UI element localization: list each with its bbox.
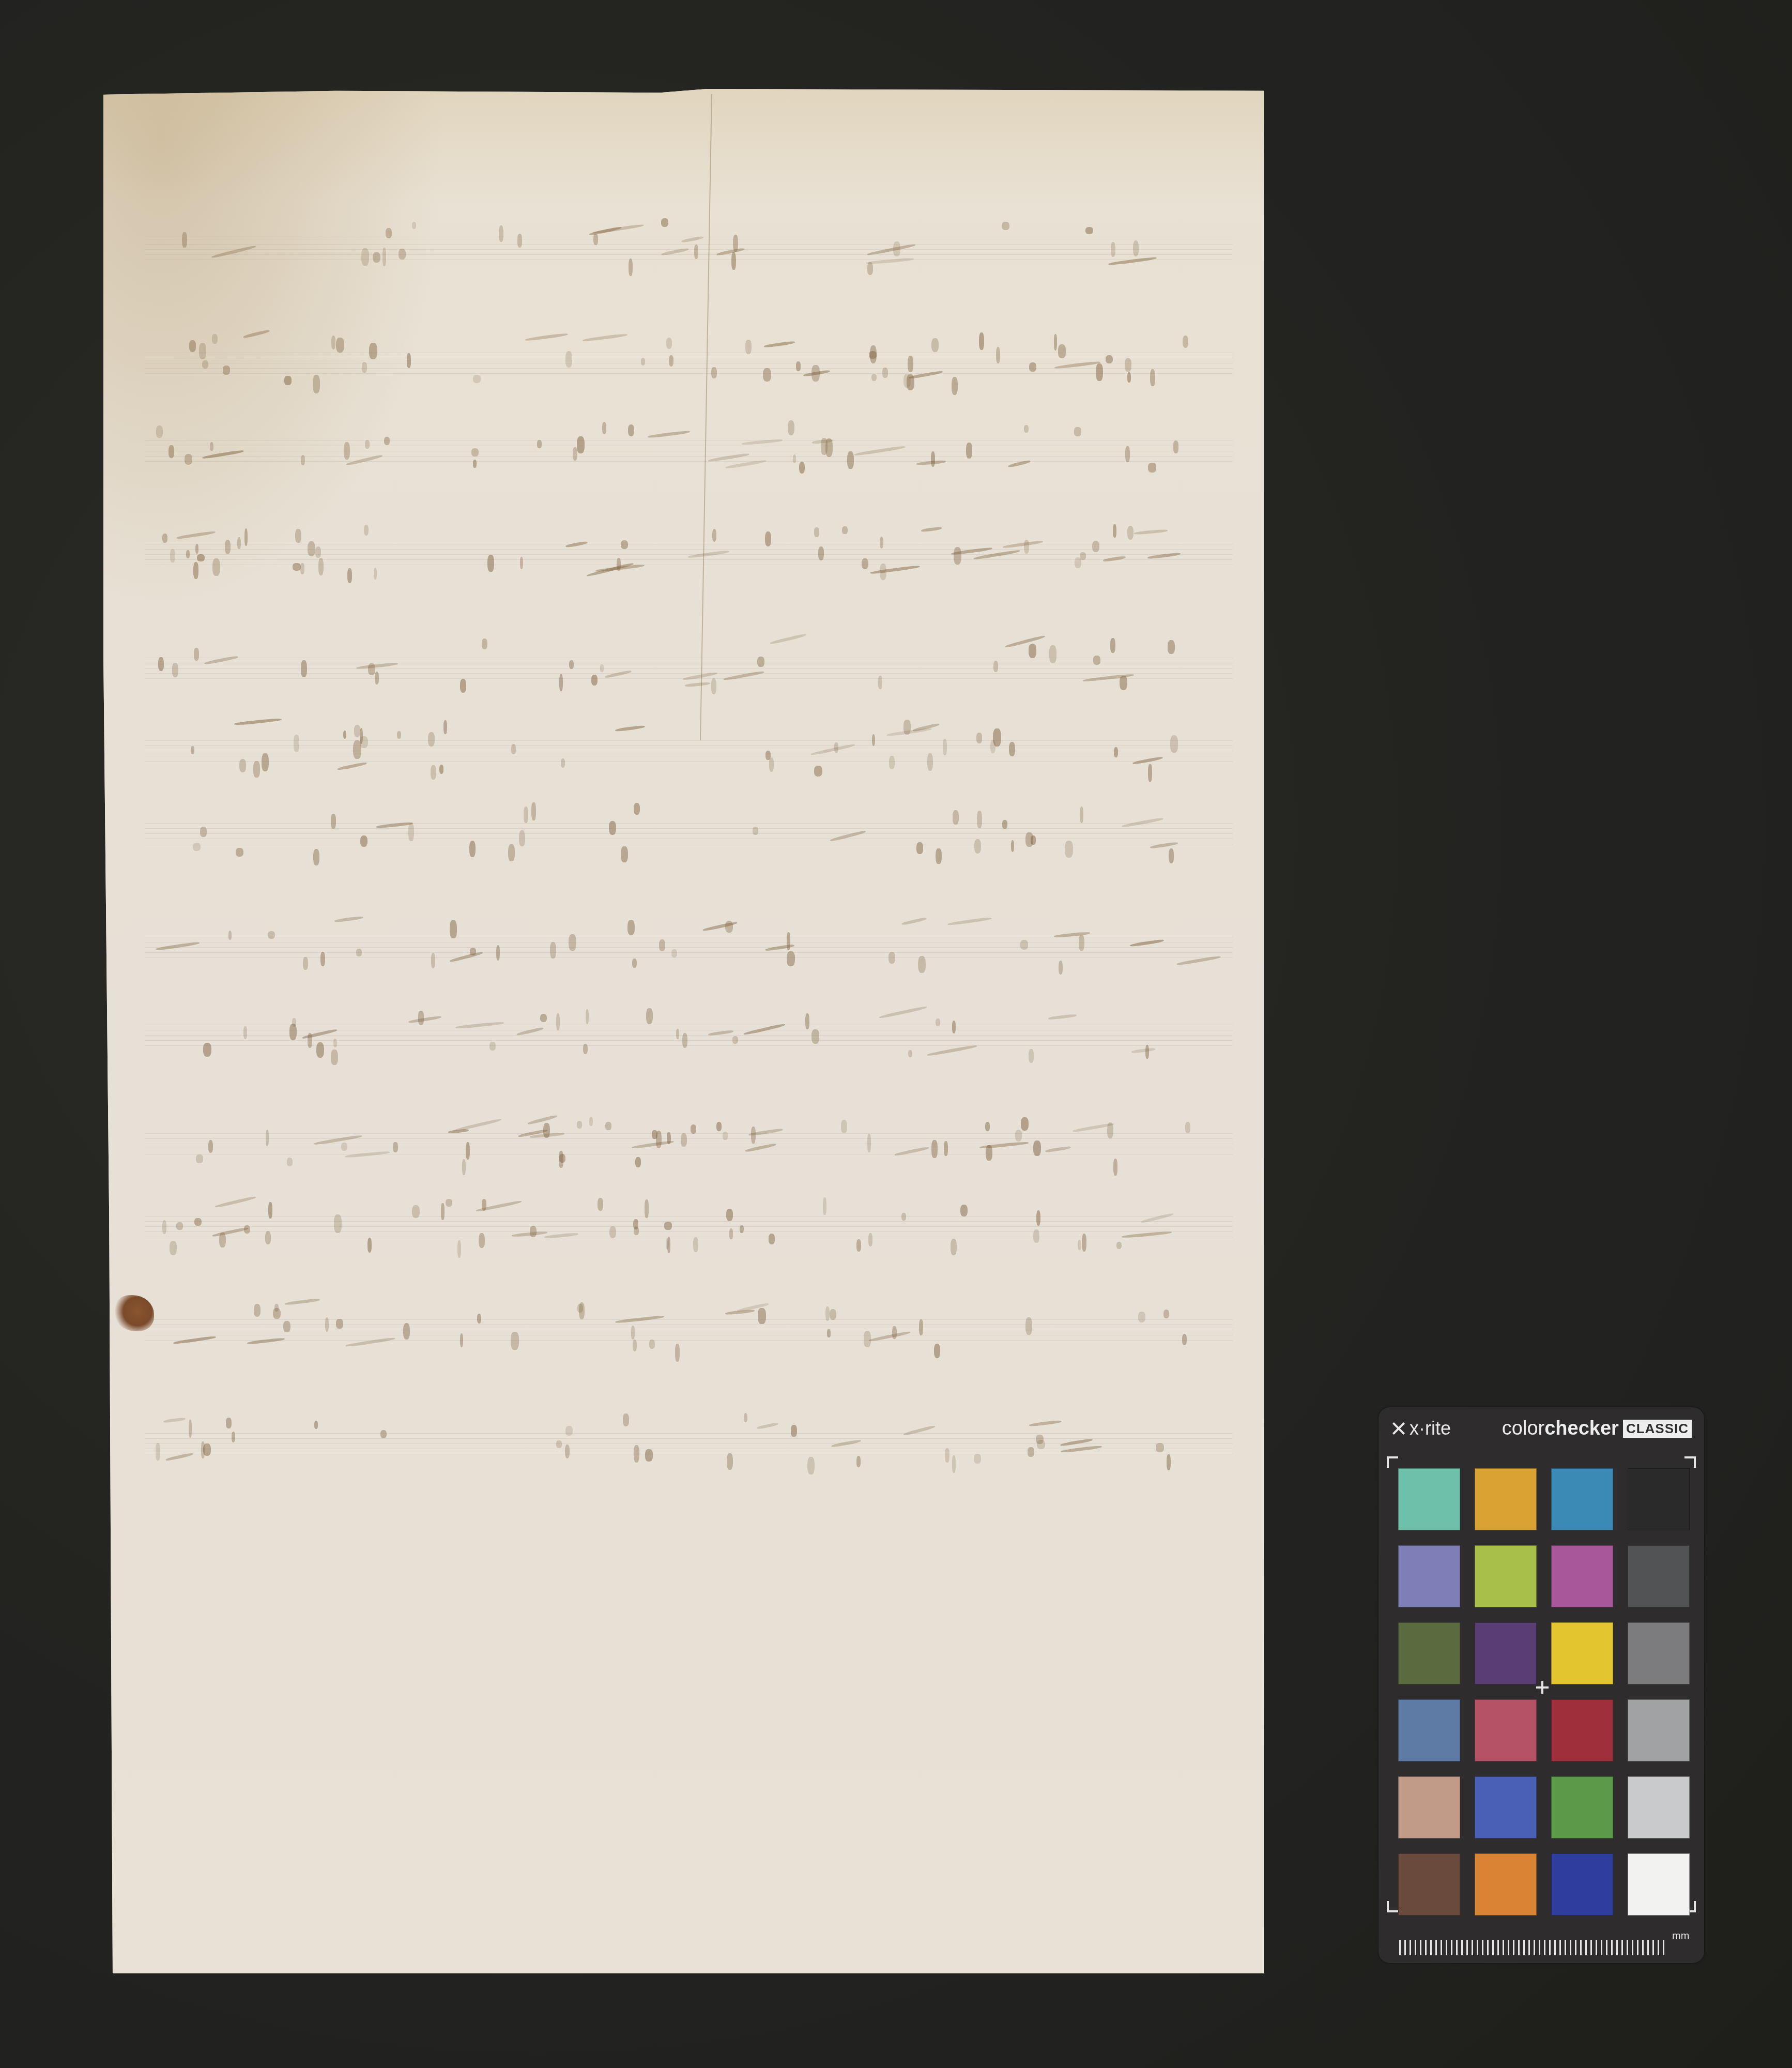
ink-mark <box>408 823 414 841</box>
ink-mark <box>450 920 456 938</box>
ink-mark <box>197 554 205 561</box>
ink-mark <box>664 1222 672 1230</box>
ink-mark <box>354 725 360 737</box>
ink-mark <box>1082 1234 1087 1252</box>
ink-mark <box>631 1326 634 1340</box>
ink-mark <box>412 222 417 229</box>
ink-mark <box>901 1213 906 1221</box>
ink-mark <box>641 358 645 366</box>
ink-mark <box>1150 842 1178 849</box>
ink-mark <box>841 1120 847 1133</box>
ink-mark <box>1009 742 1016 756</box>
ink-mark <box>830 830 866 842</box>
ink-mark <box>1011 840 1014 852</box>
ink-mark <box>212 558 220 576</box>
ink-mark <box>215 1196 256 1208</box>
ink-mark <box>254 1304 261 1317</box>
ink-mark <box>1058 344 1066 358</box>
staff-line <box>145 828 1233 829</box>
ink-mark <box>907 374 914 390</box>
ink-mark <box>266 1130 269 1146</box>
staff-line <box>145 451 1233 451</box>
ink-mark <box>919 1319 923 1335</box>
ink-mark <box>226 1418 231 1428</box>
ink-mark <box>479 1233 485 1248</box>
ink-mark <box>225 540 231 554</box>
ink-mark <box>301 455 305 465</box>
ink-mark <box>301 660 307 677</box>
ink-mark <box>656 1131 662 1148</box>
ink-mark <box>892 1326 897 1339</box>
ink-mark <box>162 534 167 543</box>
staff-line <box>145 756 1233 756</box>
ink-mark <box>556 1440 562 1448</box>
color-patch-neutral-5 <box>1628 1622 1690 1684</box>
ink-mark <box>945 1448 949 1462</box>
ink-mark <box>769 1234 775 1244</box>
manuscript-sheet <box>103 89 1264 1973</box>
ink-mark <box>393 1142 398 1152</box>
staff-line <box>145 942 1233 942</box>
ink-mark <box>878 676 882 689</box>
ink-mark <box>1183 336 1189 348</box>
ink-mark <box>954 547 962 565</box>
ink-mark <box>331 1050 338 1065</box>
ink-mark <box>918 956 926 974</box>
staff-line <box>145 1030 1233 1030</box>
ink-mark <box>729 1228 733 1239</box>
ink-mark <box>947 917 992 926</box>
staff-line <box>145 1237 1233 1237</box>
ink-mark <box>333 1039 338 1047</box>
ink-mark <box>842 526 848 534</box>
ink-mark <box>867 1134 871 1152</box>
ink-mark <box>156 1443 160 1460</box>
ink-mark <box>1060 1438 1092 1447</box>
ink-mark <box>331 336 335 349</box>
ink-mark <box>303 957 308 970</box>
ink-mark <box>1002 222 1009 230</box>
ink-mark <box>1163 1310 1170 1318</box>
ink-mark <box>862 558 868 569</box>
ink-mark <box>331 814 335 828</box>
ink-mark <box>856 1239 861 1251</box>
ink-mark <box>872 734 876 746</box>
ink-mark <box>827 1329 830 1337</box>
ink-mark <box>1075 557 1081 568</box>
ink-mark <box>397 731 401 739</box>
ink-mark <box>262 753 269 771</box>
ink-mark <box>1125 358 1131 372</box>
color-patch-yellow-green <box>1475 1545 1537 1607</box>
ink-mark <box>203 1043 211 1057</box>
ink-mark <box>407 353 411 368</box>
ink-mark <box>871 374 877 381</box>
ink-mark <box>530 1226 537 1237</box>
ink-mark <box>243 329 269 339</box>
ink-mark <box>1048 1014 1077 1020</box>
ink-mark <box>1120 676 1127 690</box>
ink-mark <box>936 848 941 864</box>
ink-mark <box>443 720 447 734</box>
product-name-light: color <box>1502 1418 1544 1440</box>
ink-mark <box>156 941 200 950</box>
ink-mark <box>602 422 606 434</box>
ink-mark <box>412 1205 420 1218</box>
ink-mark <box>471 448 479 457</box>
color-patch-green <box>1551 1776 1613 1838</box>
ink-mark <box>1074 427 1081 436</box>
ink-mark <box>408 1015 441 1024</box>
ink-mark <box>565 351 572 367</box>
ink-mark <box>583 1044 588 1054</box>
ink-mark <box>191 746 194 755</box>
xrite-logo: x·rite <box>1391 1418 1451 1439</box>
ink-mark <box>172 663 178 677</box>
ink-mark <box>600 664 604 672</box>
ink-mark <box>473 375 481 384</box>
color-patch-bluish-green <box>1398 1468 1460 1530</box>
ink-mark <box>314 1421 318 1429</box>
ink-mark <box>212 334 218 344</box>
ink-mark <box>712 529 717 542</box>
ink-mark <box>219 1233 226 1248</box>
staff-line <box>145 658 1233 658</box>
ink-mark <box>320 952 325 966</box>
ink-mark <box>345 1337 395 1348</box>
classic-badge: CLASSIC <box>1623 1420 1692 1438</box>
ink-mark <box>441 1203 445 1220</box>
ink-mark <box>565 541 588 548</box>
staff-line <box>145 373 1233 374</box>
ink-mark <box>770 633 806 645</box>
ink-mark <box>623 1413 629 1426</box>
ink-mark <box>517 234 522 248</box>
corner-mark-top-right <box>1684 1456 1696 1468</box>
staff-line <box>145 363 1233 363</box>
ink-mark <box>889 756 895 769</box>
ink-mark <box>1020 940 1028 949</box>
ink-mark <box>745 340 752 354</box>
ink-mark <box>439 765 443 774</box>
ink-mark <box>633 1219 638 1229</box>
ink-mark <box>1024 425 1029 433</box>
ink-mark <box>520 557 523 570</box>
ink-mark <box>373 252 380 263</box>
ink-mark <box>1167 1454 1171 1471</box>
ink-mark <box>1173 440 1178 453</box>
ink-mark <box>244 528 248 546</box>
ink-mark <box>916 842 923 854</box>
ink-mark <box>908 356 913 372</box>
ink-mark <box>1131 1047 1155 1054</box>
ink-mark <box>621 846 628 862</box>
ink-mark <box>682 1033 687 1048</box>
ink-mark <box>996 347 1000 364</box>
staff-line <box>145 746 1233 746</box>
ink-mark <box>477 1314 482 1324</box>
ink-mark <box>1145 1045 1149 1059</box>
ink-mark <box>579 1302 585 1319</box>
ink-mark <box>880 564 886 580</box>
ink-mark <box>645 1199 649 1218</box>
color-patch-blue-sky <box>1398 1699 1460 1761</box>
ink-mark <box>694 245 698 260</box>
ink-mark <box>1170 735 1178 753</box>
ink-mark <box>334 916 364 922</box>
ink-mark <box>879 1006 927 1020</box>
ink-mark <box>569 934 576 950</box>
ink-mark <box>901 917 927 925</box>
ink-mark <box>733 235 738 252</box>
ink-mark <box>336 338 344 353</box>
ink-mark <box>882 368 888 377</box>
ink-mark <box>1113 1159 1117 1176</box>
ink-mark <box>632 959 637 968</box>
ink-mark <box>559 674 563 692</box>
ink-mark <box>744 1413 748 1422</box>
ink-mark <box>527 1114 558 1125</box>
ink-mark <box>540 1014 547 1022</box>
ink-mark <box>466 1142 470 1160</box>
ink-mark <box>1096 363 1103 381</box>
ink-mark <box>295 529 301 543</box>
ink-mark <box>880 537 884 549</box>
ink-mark <box>382 248 386 266</box>
ink-mark <box>1037 1440 1045 1450</box>
staff-line <box>145 668 1233 668</box>
ink-mark <box>979 1142 1028 1149</box>
ink-mark <box>814 766 822 777</box>
ink-mark <box>1029 1049 1033 1063</box>
ink-mark <box>189 1420 192 1438</box>
ink-mark <box>1107 1122 1113 1138</box>
ink-mark <box>583 333 627 342</box>
ink-mark <box>367 1238 372 1253</box>
ink-mark <box>592 223 644 234</box>
ink-mark <box>556 1013 560 1030</box>
ink-mark <box>667 1132 671 1144</box>
ink-mark <box>952 1021 956 1033</box>
ink-mark <box>868 1233 872 1247</box>
ink-mark <box>628 424 634 436</box>
ink-mark <box>727 1453 733 1470</box>
ink-mark <box>550 942 556 959</box>
ink-mark <box>1029 1420 1062 1427</box>
ink-mark <box>732 1036 738 1043</box>
ink-mark <box>1002 820 1007 829</box>
ink-mark <box>318 558 324 576</box>
ink-mark <box>805 1013 809 1029</box>
ink-mark <box>341 1143 347 1151</box>
ink-mark <box>374 568 377 580</box>
staff-line <box>145 440 1233 441</box>
ink-mark <box>369 343 377 359</box>
ink-mark <box>723 671 764 681</box>
ink-mark <box>158 657 164 671</box>
ink-mark <box>337 762 367 771</box>
ink-mark <box>609 821 616 835</box>
ink-mark <box>758 1308 765 1324</box>
ink-mark <box>627 920 635 935</box>
ink-mark <box>308 541 315 556</box>
ink-mark <box>1054 334 1057 351</box>
ink-mark <box>1127 526 1134 540</box>
ink-mark <box>921 526 942 532</box>
ink-mark <box>893 241 900 256</box>
ink-mark <box>343 731 346 739</box>
color-patch-magenta <box>1551 1545 1613 1607</box>
ink-mark <box>193 562 198 579</box>
ink-mark <box>315 546 321 558</box>
ink-mark <box>586 1009 589 1024</box>
ink-mark <box>757 1422 779 1430</box>
brand-label: x·rite <box>1410 1418 1451 1439</box>
ink-mark <box>684 682 710 687</box>
ink-mark <box>189 340 195 352</box>
ink-mark <box>635 1157 641 1167</box>
ink-mark <box>356 949 362 956</box>
ink-mark <box>676 1029 679 1039</box>
ink-mark <box>211 245 256 258</box>
ink-mark <box>511 1332 519 1350</box>
ink-mark <box>1049 645 1056 663</box>
staff-line <box>145 833 1233 834</box>
ink-mark <box>1029 362 1037 372</box>
ink-mark <box>380 1430 387 1438</box>
ink-mark <box>577 1121 582 1129</box>
staff-line <box>145 663 1233 663</box>
ink-mark <box>508 844 515 861</box>
ink-mark <box>182 232 187 248</box>
ink-mark <box>283 1321 290 1332</box>
ink-mark <box>787 951 795 966</box>
ink-mark <box>204 656 238 665</box>
ink-mark <box>895 1147 930 1157</box>
staff-line <box>145 353 1233 353</box>
ink-mark <box>1134 529 1168 535</box>
ink-mark <box>633 1340 637 1352</box>
ink-mark <box>577 436 585 453</box>
ink-mark <box>993 661 998 672</box>
ink-mark <box>1036 1210 1040 1225</box>
mm-ruler <box>1399 1935 1668 1955</box>
ink-mark <box>362 362 367 373</box>
ink-mark <box>368 663 375 675</box>
ink-mark <box>1015 1130 1022 1142</box>
ink-mark <box>365 440 370 449</box>
ink-mark <box>953 810 959 825</box>
ink-mark <box>1093 656 1100 664</box>
ink-mark <box>870 345 877 363</box>
ink-mark <box>951 1239 957 1255</box>
ink-mark <box>667 1237 670 1253</box>
ink-mark <box>593 234 598 245</box>
ink-mark <box>1176 955 1221 966</box>
staff-line <box>145 740 1233 741</box>
staff-line <box>145 1325 1233 1325</box>
staff-line <box>145 1149 1233 1149</box>
ink-mark <box>1169 848 1174 864</box>
ink-mark <box>431 953 435 969</box>
ink-mark <box>934 1344 940 1358</box>
ink-mark <box>186 550 190 558</box>
ink-mark <box>868 1331 911 1342</box>
ink-mark <box>609 1226 616 1238</box>
ink-mark <box>418 1011 423 1025</box>
staff-line <box>145 1154 1233 1154</box>
ink-mark <box>469 841 476 858</box>
ink-mark <box>769 757 774 772</box>
ink-mark <box>544 1232 578 1238</box>
ink-mark <box>336 1319 343 1329</box>
ink-mark <box>1025 1317 1032 1335</box>
ink-mark <box>1185 1122 1190 1133</box>
ink-mark <box>856 1456 861 1467</box>
ink-mark <box>1148 764 1152 781</box>
ink-mark <box>807 1457 814 1474</box>
ink-mark <box>745 1143 776 1153</box>
ink-mark <box>799 462 805 474</box>
color-patch-orange <box>1475 1853 1537 1915</box>
color-patch-blue-primary <box>1551 1853 1613 1915</box>
corner-mark-bottom-left <box>1387 1901 1398 1912</box>
ink-mark <box>316 1042 325 1058</box>
ink-mark <box>185 454 193 465</box>
ink-mark <box>621 540 629 549</box>
ink-mark <box>194 648 199 661</box>
ink-mark <box>908 1050 912 1057</box>
ink-mark <box>952 1455 956 1473</box>
ink-mark <box>519 830 525 846</box>
ink-mark <box>344 442 350 460</box>
ink-mark <box>765 751 770 761</box>
color-patch-orange-yellow <box>1475 1468 1537 1530</box>
ink-mark <box>1114 747 1118 757</box>
color-patch-foliage <box>1398 1622 1460 1684</box>
color-patch-red <box>1551 1699 1613 1761</box>
ink-mark <box>711 367 717 378</box>
ink-mark <box>659 939 665 951</box>
color-patch-dark-skin <box>1398 1853 1460 1915</box>
ink-mark <box>1116 1242 1122 1249</box>
ink-mark <box>313 375 320 393</box>
ink-mark <box>666 338 672 349</box>
ink-mark <box>228 931 232 940</box>
ink-mark <box>944 1141 947 1156</box>
ink-mark <box>931 1140 937 1158</box>
ink-mark <box>360 835 367 847</box>
paper-crease <box>700 94 712 740</box>
ink-mark <box>598 1198 603 1211</box>
ink-mark <box>1079 935 1084 951</box>
ink-mark <box>1148 463 1156 473</box>
ink-mark <box>691 1124 696 1134</box>
ink-mark <box>237 537 241 549</box>
ink-mark <box>284 376 291 385</box>
ink-mark <box>489 1042 496 1050</box>
ink-mark <box>764 341 795 348</box>
ink-mark <box>460 679 466 693</box>
ink-mark <box>675 1344 680 1362</box>
ink-mark <box>376 822 413 828</box>
ink-mark <box>740 1225 743 1233</box>
staff-line <box>145 1226 1233 1227</box>
staff-line <box>145 1433 1233 1434</box>
ink-mark <box>671 949 677 958</box>
staff-line <box>145 937 1233 937</box>
ink-mark <box>431 765 436 780</box>
